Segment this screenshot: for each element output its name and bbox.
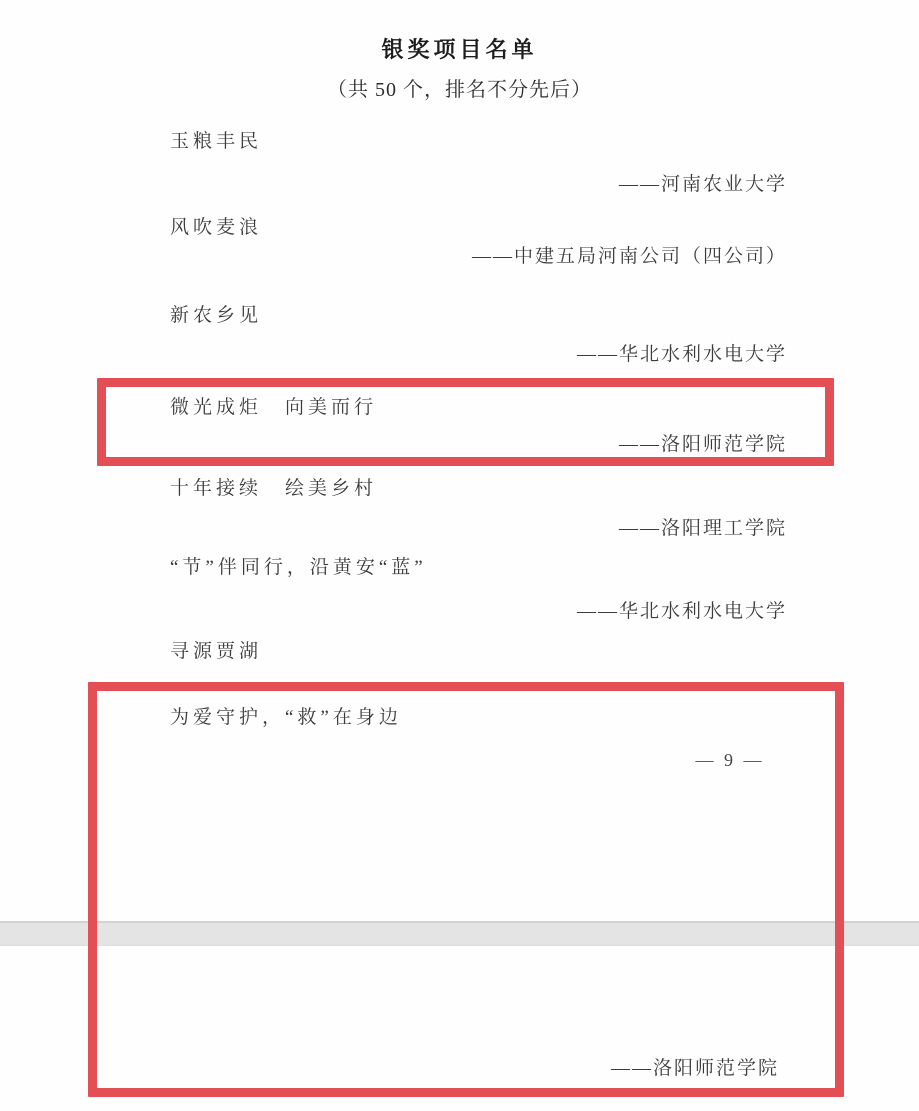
project-name-6: “节”伴同行，沿黄安“蓝” (170, 556, 427, 580)
highlight-annotation-box-2 (88, 682, 844, 1097)
project-name-2: 风吹麦浪 (170, 216, 262, 240)
institution-name-1: ——河南农业大学 (619, 173, 787, 197)
institution-name-2: ——中建五局河南公司（四公司） (472, 245, 787, 269)
institution-name-3: ——华北水利水电大学 (577, 343, 787, 367)
project-name-7: 寻源贾湖 (170, 640, 262, 664)
project-name-5: 十年接续 绘美乡村 (170, 477, 377, 501)
institution-name-5: ——洛阳理工学院 (619, 517, 787, 541)
page-subtitle: （共 50 个，排名不分先后） (0, 73, 919, 102)
highlight-annotation-box-1 (97, 378, 834, 466)
project-name-3: 新农乡见 (170, 304, 262, 328)
document-page: 银奖项目名单 （共 50 个，排名不分先后） 玉粮丰民 ——河南农业大学 风吹麦… (0, 0, 919, 1111)
page-title: 银奖项目名单 (0, 33, 919, 64)
institution-name-6: ——华北水利水电大学 (577, 600, 787, 624)
project-name-1: 玉粮丰民 (170, 130, 262, 154)
